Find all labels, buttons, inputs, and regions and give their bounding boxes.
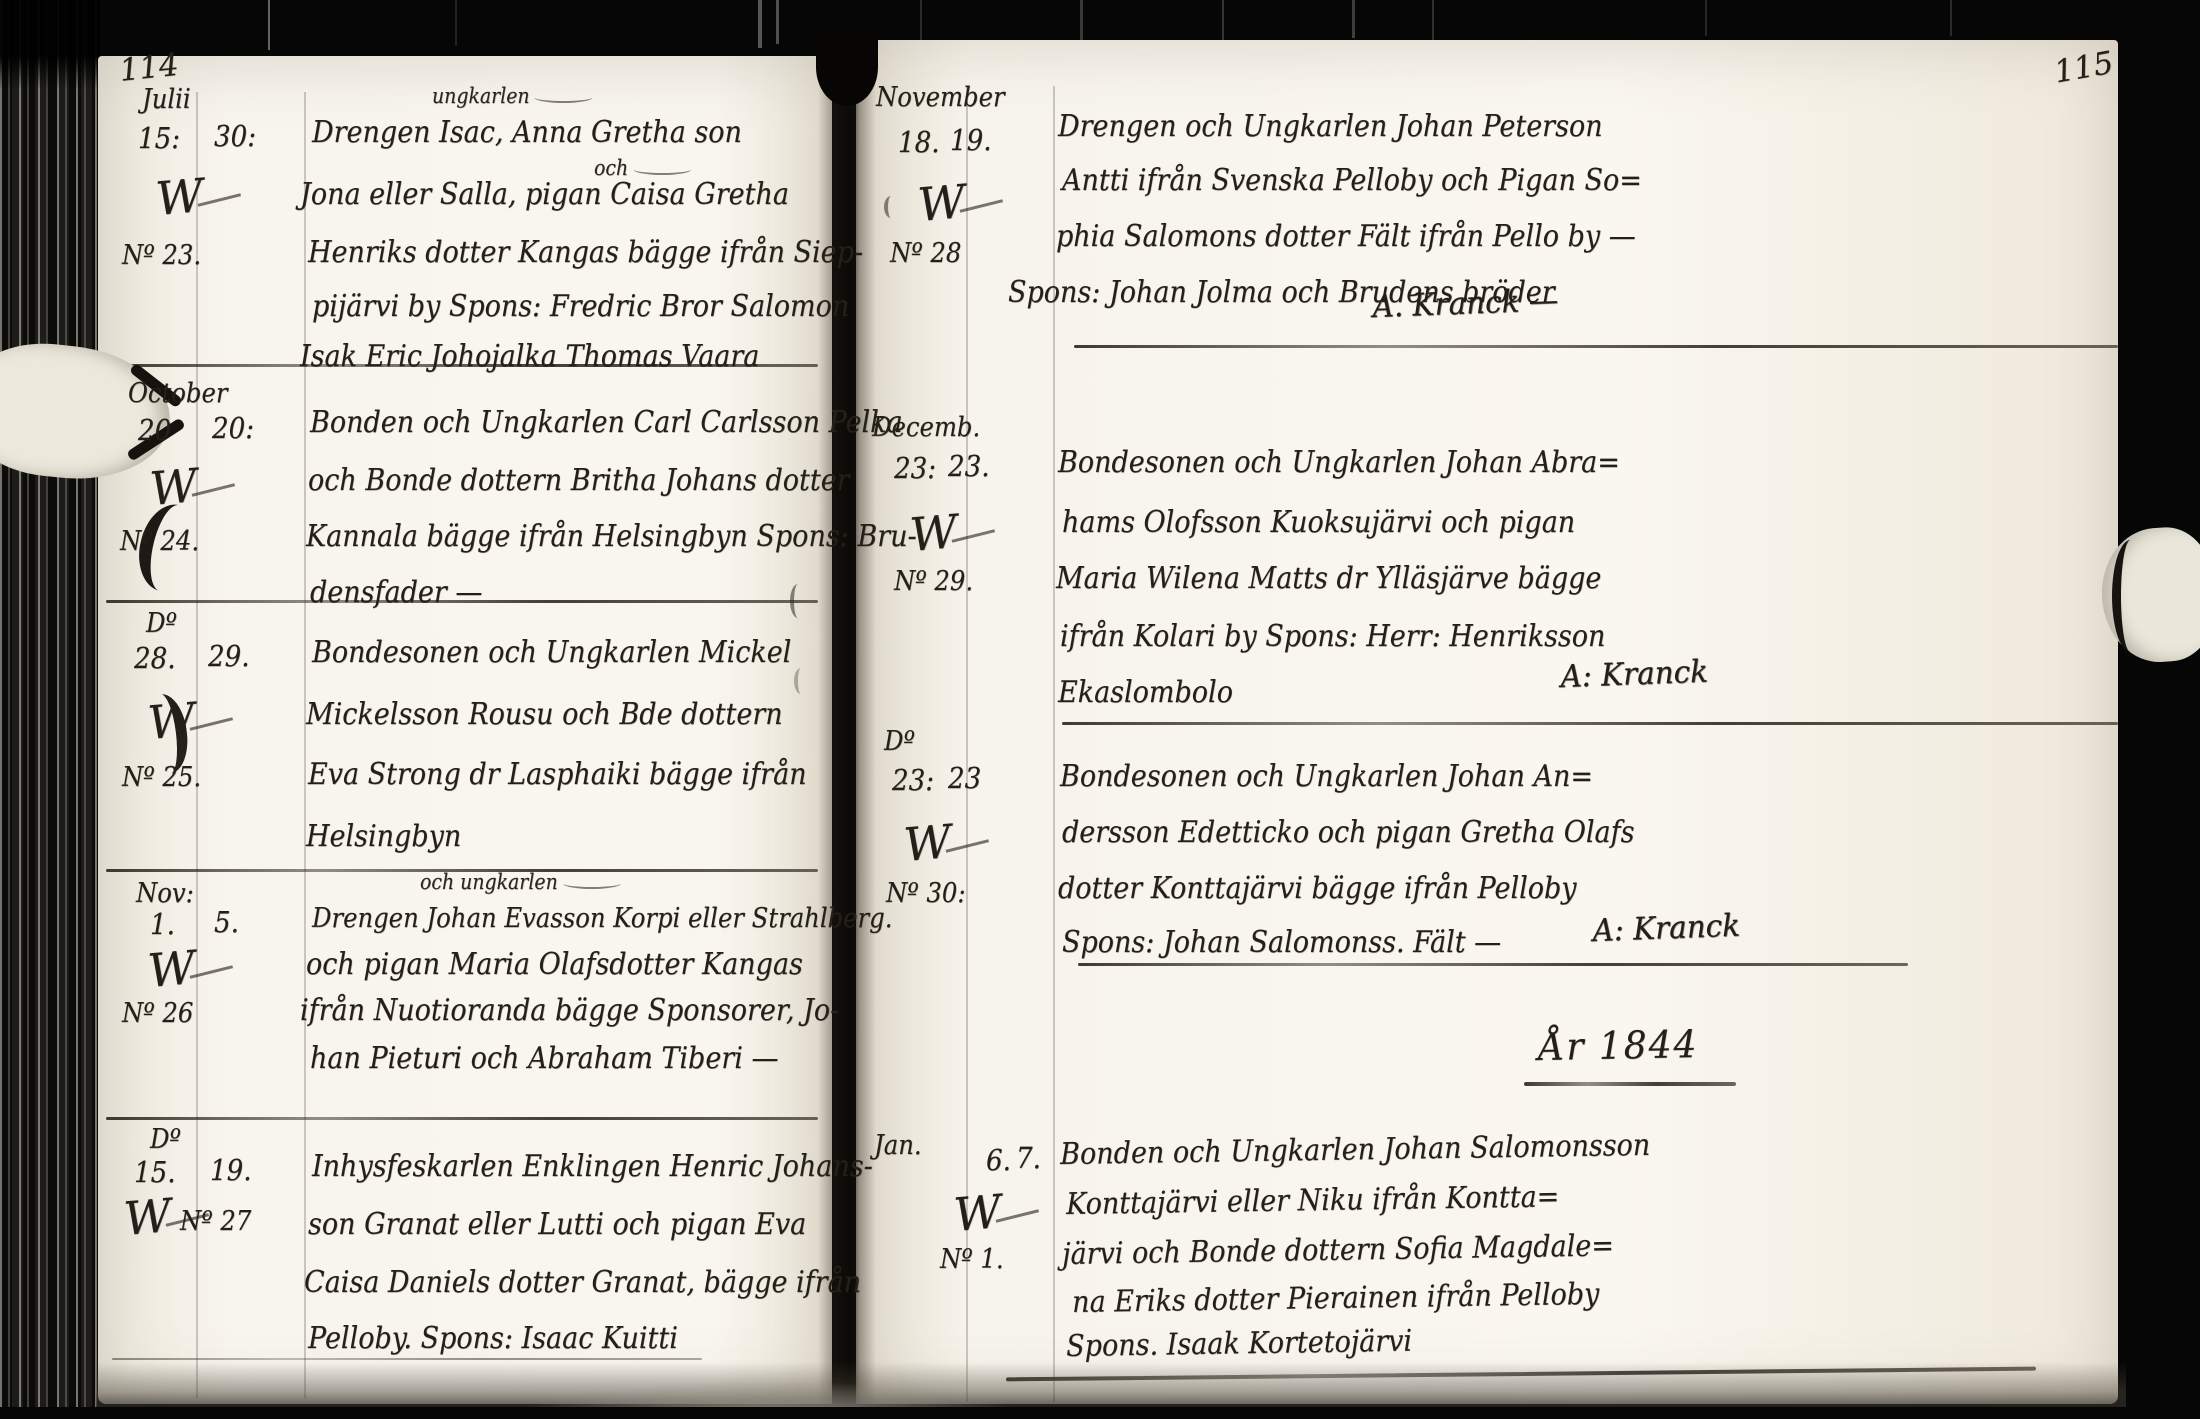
entry-line: Spons. Isaak Kortetojärvi [1066, 1327, 1412, 1362]
married-mark: W [952, 1185, 1041, 1238]
scanned-register-spread: 114 Julii 15: 30: W Nº 23. ungkarlen och… [0, 0, 2200, 1419]
month-label: Jan. [874, 1132, 922, 1159]
register-entry: Jan. 6. 7. W Nº 1. Bonden och Ungkarlen … [0, 0, 2200, 1419]
scanner-background-bottom [0, 1407, 2200, 1419]
entry-line: Konttajärvi eller Niku ifrån Kontta= [1066, 1182, 1560, 1220]
entry-line: na Eriks dotter Pierainen ifrån Pelloby [1072, 1280, 1600, 1318]
banns-date: 6. [986, 1146, 1011, 1175]
entry-line: Bonden och Ungkarlen Johan Salomonsson [1060, 1131, 1650, 1170]
marriage-date: 7. [1016, 1144, 1041, 1173]
entry-line: järvi och Bonde dottern Sofia Magdale= [1062, 1231, 1614, 1270]
page-bottom-shadow [96, 1362, 2126, 1408]
entry-number: Nº 1. [940, 1246, 1004, 1273]
